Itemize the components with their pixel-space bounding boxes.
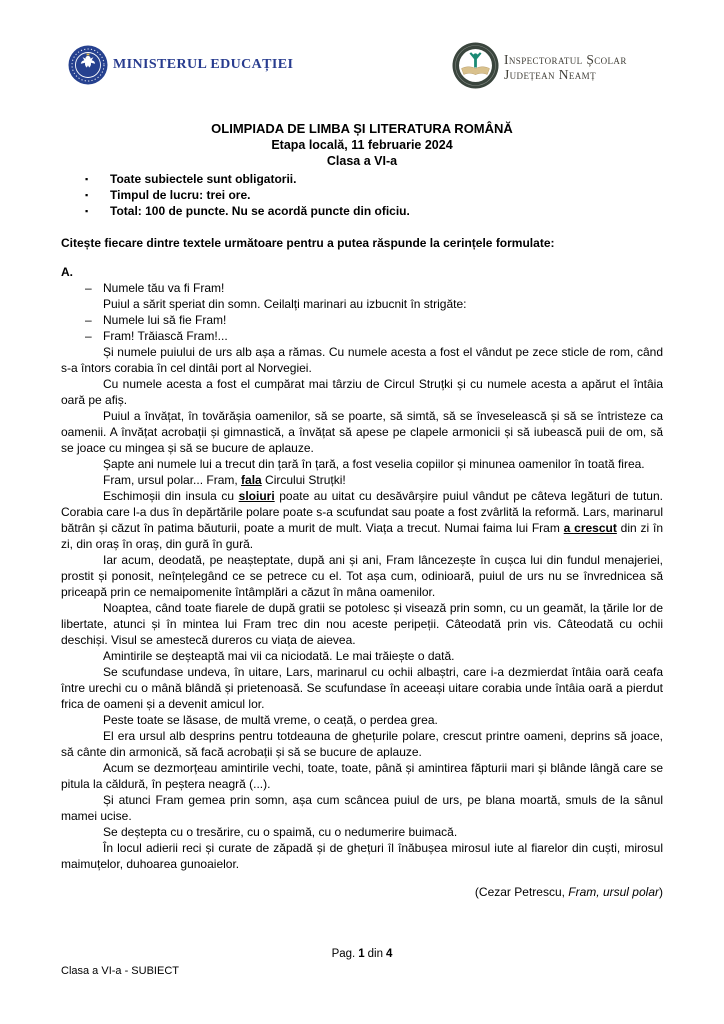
paragraph: Și numele puiului de urs alb așa a rămas…: [61, 344, 663, 376]
instruction-text: Toate subiectele sunt obligatorii.: [110, 172, 296, 186]
paragraph: Eschimoșii din insula cu sloiuri poate a…: [61, 488, 663, 552]
source-attribution: (Cezar Petrescu, Fram, ursul polar): [61, 884, 663, 900]
dialogue-text: Fram! Trăiască Fram!...: [103, 329, 228, 343]
dialogue-continuation: Puiul a sărit speriat din somn. Ceilalți…: [61, 296, 663, 312]
dialogue-line: – Numele tău va fi Fram!: [61, 280, 663, 296]
emphasized-word: sloiuri: [239, 489, 275, 503]
page-number: Pag. 1 din 4: [0, 947, 724, 961]
inspectorate-label-line1: Inspectoratul Școlar: [504, 52, 627, 67]
olympiad-grade: Clasa a VI-a: [61, 153, 663, 169]
dialogue-text: Numele tău va fi Fram!: [103, 281, 224, 295]
paragraph: Se deștepta cu o tresărire, cu o spaimă,…: [61, 824, 663, 840]
page-of-label: din: [368, 947, 383, 961]
paragraph: În locul adierii reci și curate de zăpad…: [61, 840, 663, 872]
paragraph: Fram, ursul polar... Fram, fala Circului…: [61, 472, 663, 488]
paragraph: Cu numele acesta a fost el cumpărat mai …: [61, 376, 663, 408]
inspectorate-label-line2: Județean Neamț: [504, 67, 627, 82]
paragraph: Se scufundase undeva, în uitare, Lars, m…: [61, 664, 663, 712]
dialogue-dash: –: [85, 280, 92, 296]
paragraph: Acum se dezmorțeau amintirile vechi, toa…: [61, 760, 663, 792]
footer-document-label: Clasa a VI-a - SUBIECT: [61, 964, 179, 978]
instruction-item: ▪ Toate subiectele sunt obligatorii.: [61, 171, 663, 187]
dialogue-block: – Numele tău va fi Fram! Puiul a sărit s…: [61, 280, 663, 344]
dialogue-line: – Numele lui să fie Fram!: [61, 312, 663, 328]
total-pages: 4: [386, 947, 392, 961]
exam-instructions-list: ▪ Toate subiectele sunt obligatorii. ▪ T…: [61, 171, 663, 219]
dialogue-text: Numele lui să fie Fram!: [103, 313, 226, 327]
instruction-text: Timpul de lucru: trei ore.: [110, 188, 250, 202]
instruction-text: Total: 100 de puncte. Nu se acordă punct…: [110, 204, 410, 218]
passage-text: Și numele puiului de urs alb așa a rămas…: [61, 344, 663, 872]
paragraph: Șapte ani numele lui a trecut din țară î…: [61, 456, 663, 472]
book-title: Fram, ursul polar: [568, 885, 659, 899]
instruction-item: ▪ Total: 100 de puncte. Nu se acordă pun…: [61, 203, 663, 219]
dialogue-line: – Fram! Trăiască Fram!...: [61, 328, 663, 344]
dialogue-dash: –: [85, 312, 92, 328]
square-bullet: ▪: [85, 171, 88, 187]
document-body: OLIMPIADA DE LIMBA ȘI LITERATURA ROMÂNĂ …: [61, 121, 663, 900]
page-label: Pag.: [332, 947, 356, 961]
title-block: OLIMPIADA DE LIMBA ȘI LITERATURA ROMÂNĂ …: [61, 121, 663, 169]
paragraph: Peste toate se lăsase, de multă vreme, o…: [61, 712, 663, 728]
exam-document-page: MINISTERUL EDUCAȚIEI Inspectoratul Școla…: [0, 0, 724, 1024]
square-bullet: ▪: [85, 203, 88, 219]
task-intro: Citește fiecare dintre textele următoare…: [61, 235, 663, 251]
government-of-romania-seal-icon: [68, 45, 108, 85]
inspectorate-label: Inspectoratul Școlar Județean Neamț: [504, 52, 627, 82]
ministry-label: MINISTERUL EDUCAȚIEI: [113, 57, 293, 73]
square-bullet: ▪: [85, 187, 88, 203]
paragraph: Noaptea, când toate fiarele de după grat…: [61, 600, 663, 648]
paragraph: Amintirile se deșteaptă mai vii ca nicio…: [61, 648, 663, 664]
dialogue-text: Puiul a sărit speriat din somn. Ceilalți…: [103, 297, 467, 311]
emphasized-word: a crescut: [564, 521, 617, 535]
dialogue-dash: –: [85, 328, 92, 344]
paragraph: Puiul a învățat, în tovărășia oamenilor,…: [61, 408, 663, 456]
olympiad-title: OLIMPIADA DE LIMBA ȘI LITERATURA ROMÂNĂ: [61, 121, 663, 137]
current-page: 1: [358, 947, 364, 961]
instruction-item: ▪ Timpul de lucru: trei ore.: [61, 187, 663, 203]
emphasized-word: fala: [241, 473, 262, 487]
paragraph: Și atunci Fram gemea prin somn, așa cum …: [61, 792, 663, 824]
paragraph: Iar acum, deodată, pe neașteptate, după …: [61, 552, 663, 600]
paragraph: El era ursul alb desprins pentru totdeau…: [61, 728, 663, 760]
olympiad-stage-date: Etapa locală, 11 februarie 2024: [61, 137, 663, 153]
school-inspectorate-seal-icon: [452, 42, 499, 89]
section-a-label: A.: [61, 264, 663, 280]
